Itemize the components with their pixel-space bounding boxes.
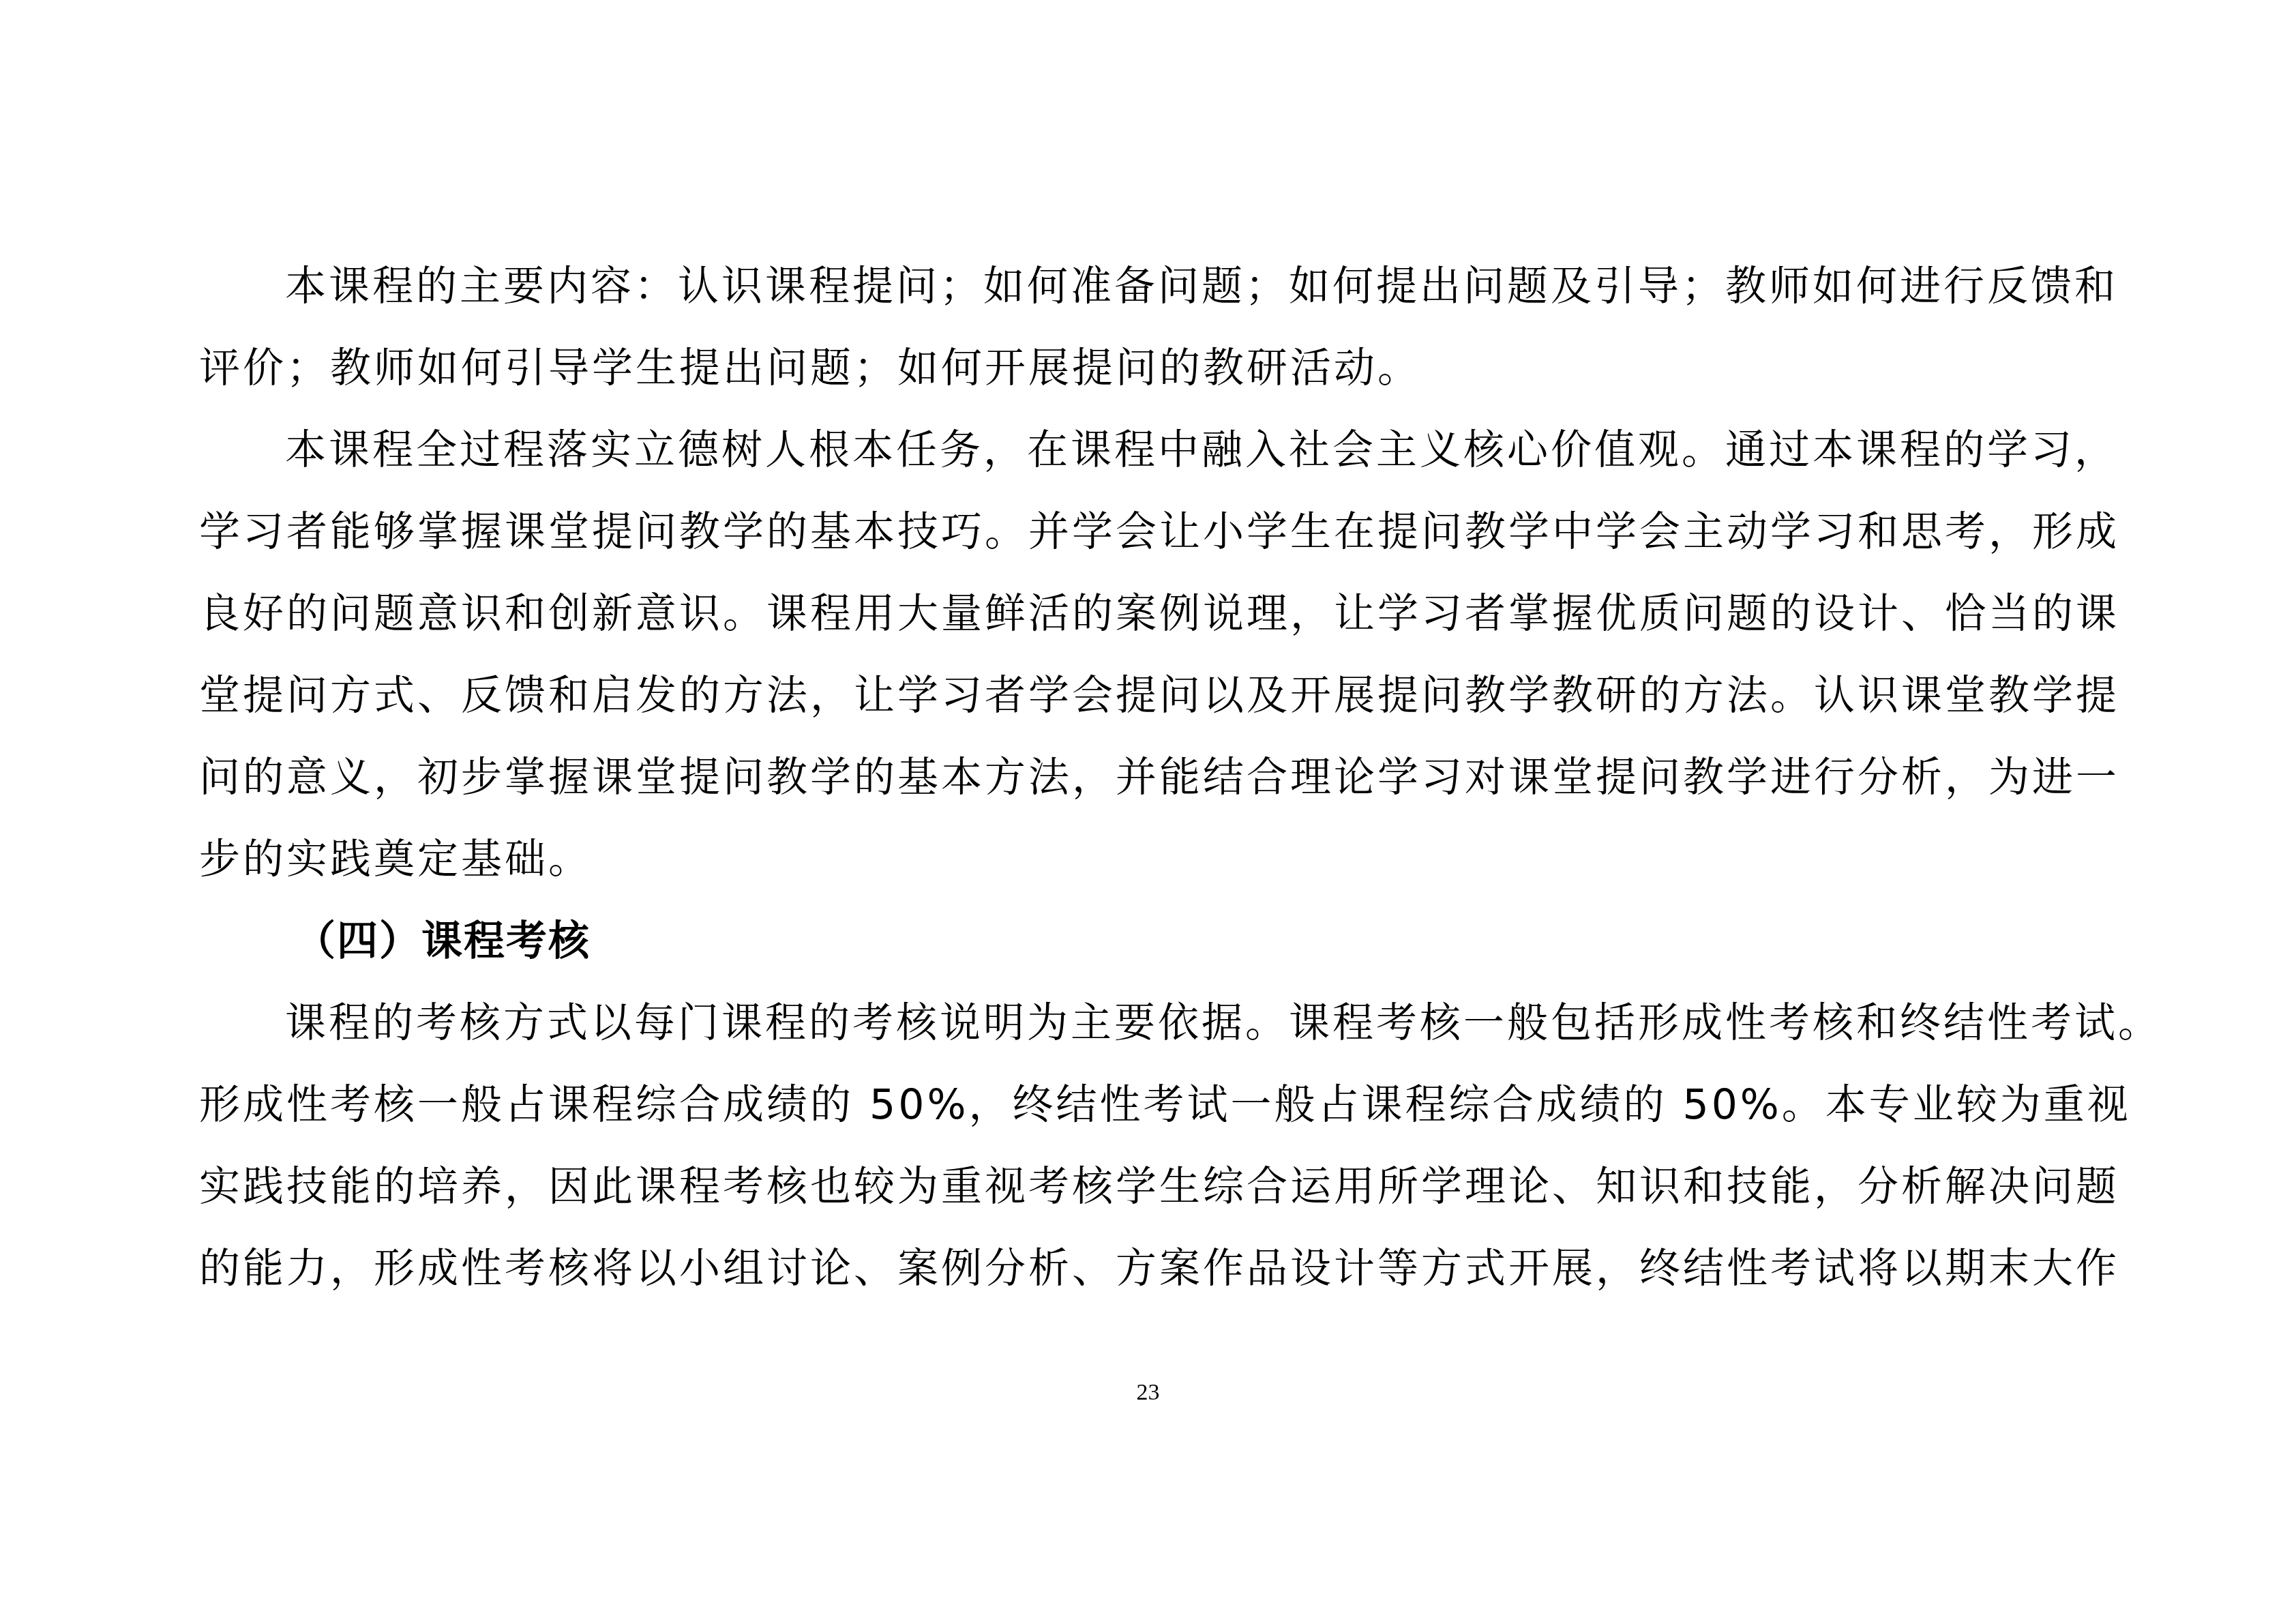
paragraph-line: 堂提问方式、反馈和启发的方法，让学习者学会提问以及开展提问教学教研的方法。认识课…	[199, 663, 2108, 745]
paragraph-line: 问的意义，初步掌握课堂提问教学的基本方法，并能结合理论学习对课堂提问教学进行分析…	[199, 745, 2108, 827]
paragraph-line: 本课程全过程落实立德树人根本任务，在课程中融入社会主义核心价值观。通过本课程的学…	[199, 417, 2108, 499]
document-body: 本课程的主要内容：认识课程提问；如何准备问题；如何提出问题及引导；教师如何进行反…	[199, 254, 2108, 1318]
page-number: 23	[0, 1379, 2296, 1406]
paragraph-line: 本课程的主要内容：认识课程提问；如何准备问题；如何提出问题及引导；教师如何进行反…	[199, 254, 2108, 336]
paragraph-line: 实践技能的培养，因此课程考核也较为重视考核学生综合运用所学理论、知识和技能，分析…	[199, 1154, 2108, 1236]
paragraph-line: 步的实践奠定基础。	[199, 827, 2108, 909]
paragraph-line: 评价；教师如何引导学生提出问题；如何开展提问的教研活动。	[199, 336, 2108, 417]
document-page: 本课程的主要内容：认识课程提问；如何准备问题；如何提出问题及引导；教师如何进行反…	[0, 0, 2296, 1624]
paragraph-line: 课程的考核方式以每门课程的考核说明为主要依据。课程考核一般包括形成性考核和终结性…	[199, 990, 2108, 1072]
section-heading: （四）课程考核	[199, 909, 2108, 990]
paragraph-line: 良好的问题意识和创新意识。课程用大量鲜活的案例说理，让学习者掌握优质问题的设计、…	[199, 581, 2108, 663]
paragraph-line: 形成性考核一般占课程综合成绩的 50%，终结性考试一般占课程综合成绩的 50%。…	[199, 1072, 2108, 1154]
paragraph-line: 学习者能够掌握课堂提问教学的基本技巧。并学会让小学生在提问教学中学会主动学习和思…	[199, 499, 2108, 581]
paragraph-line: 的能力，形成性考核将以小组讨论、案例分析、方案作品设计等方式开展，终结性考试将以…	[199, 1236, 2108, 1318]
